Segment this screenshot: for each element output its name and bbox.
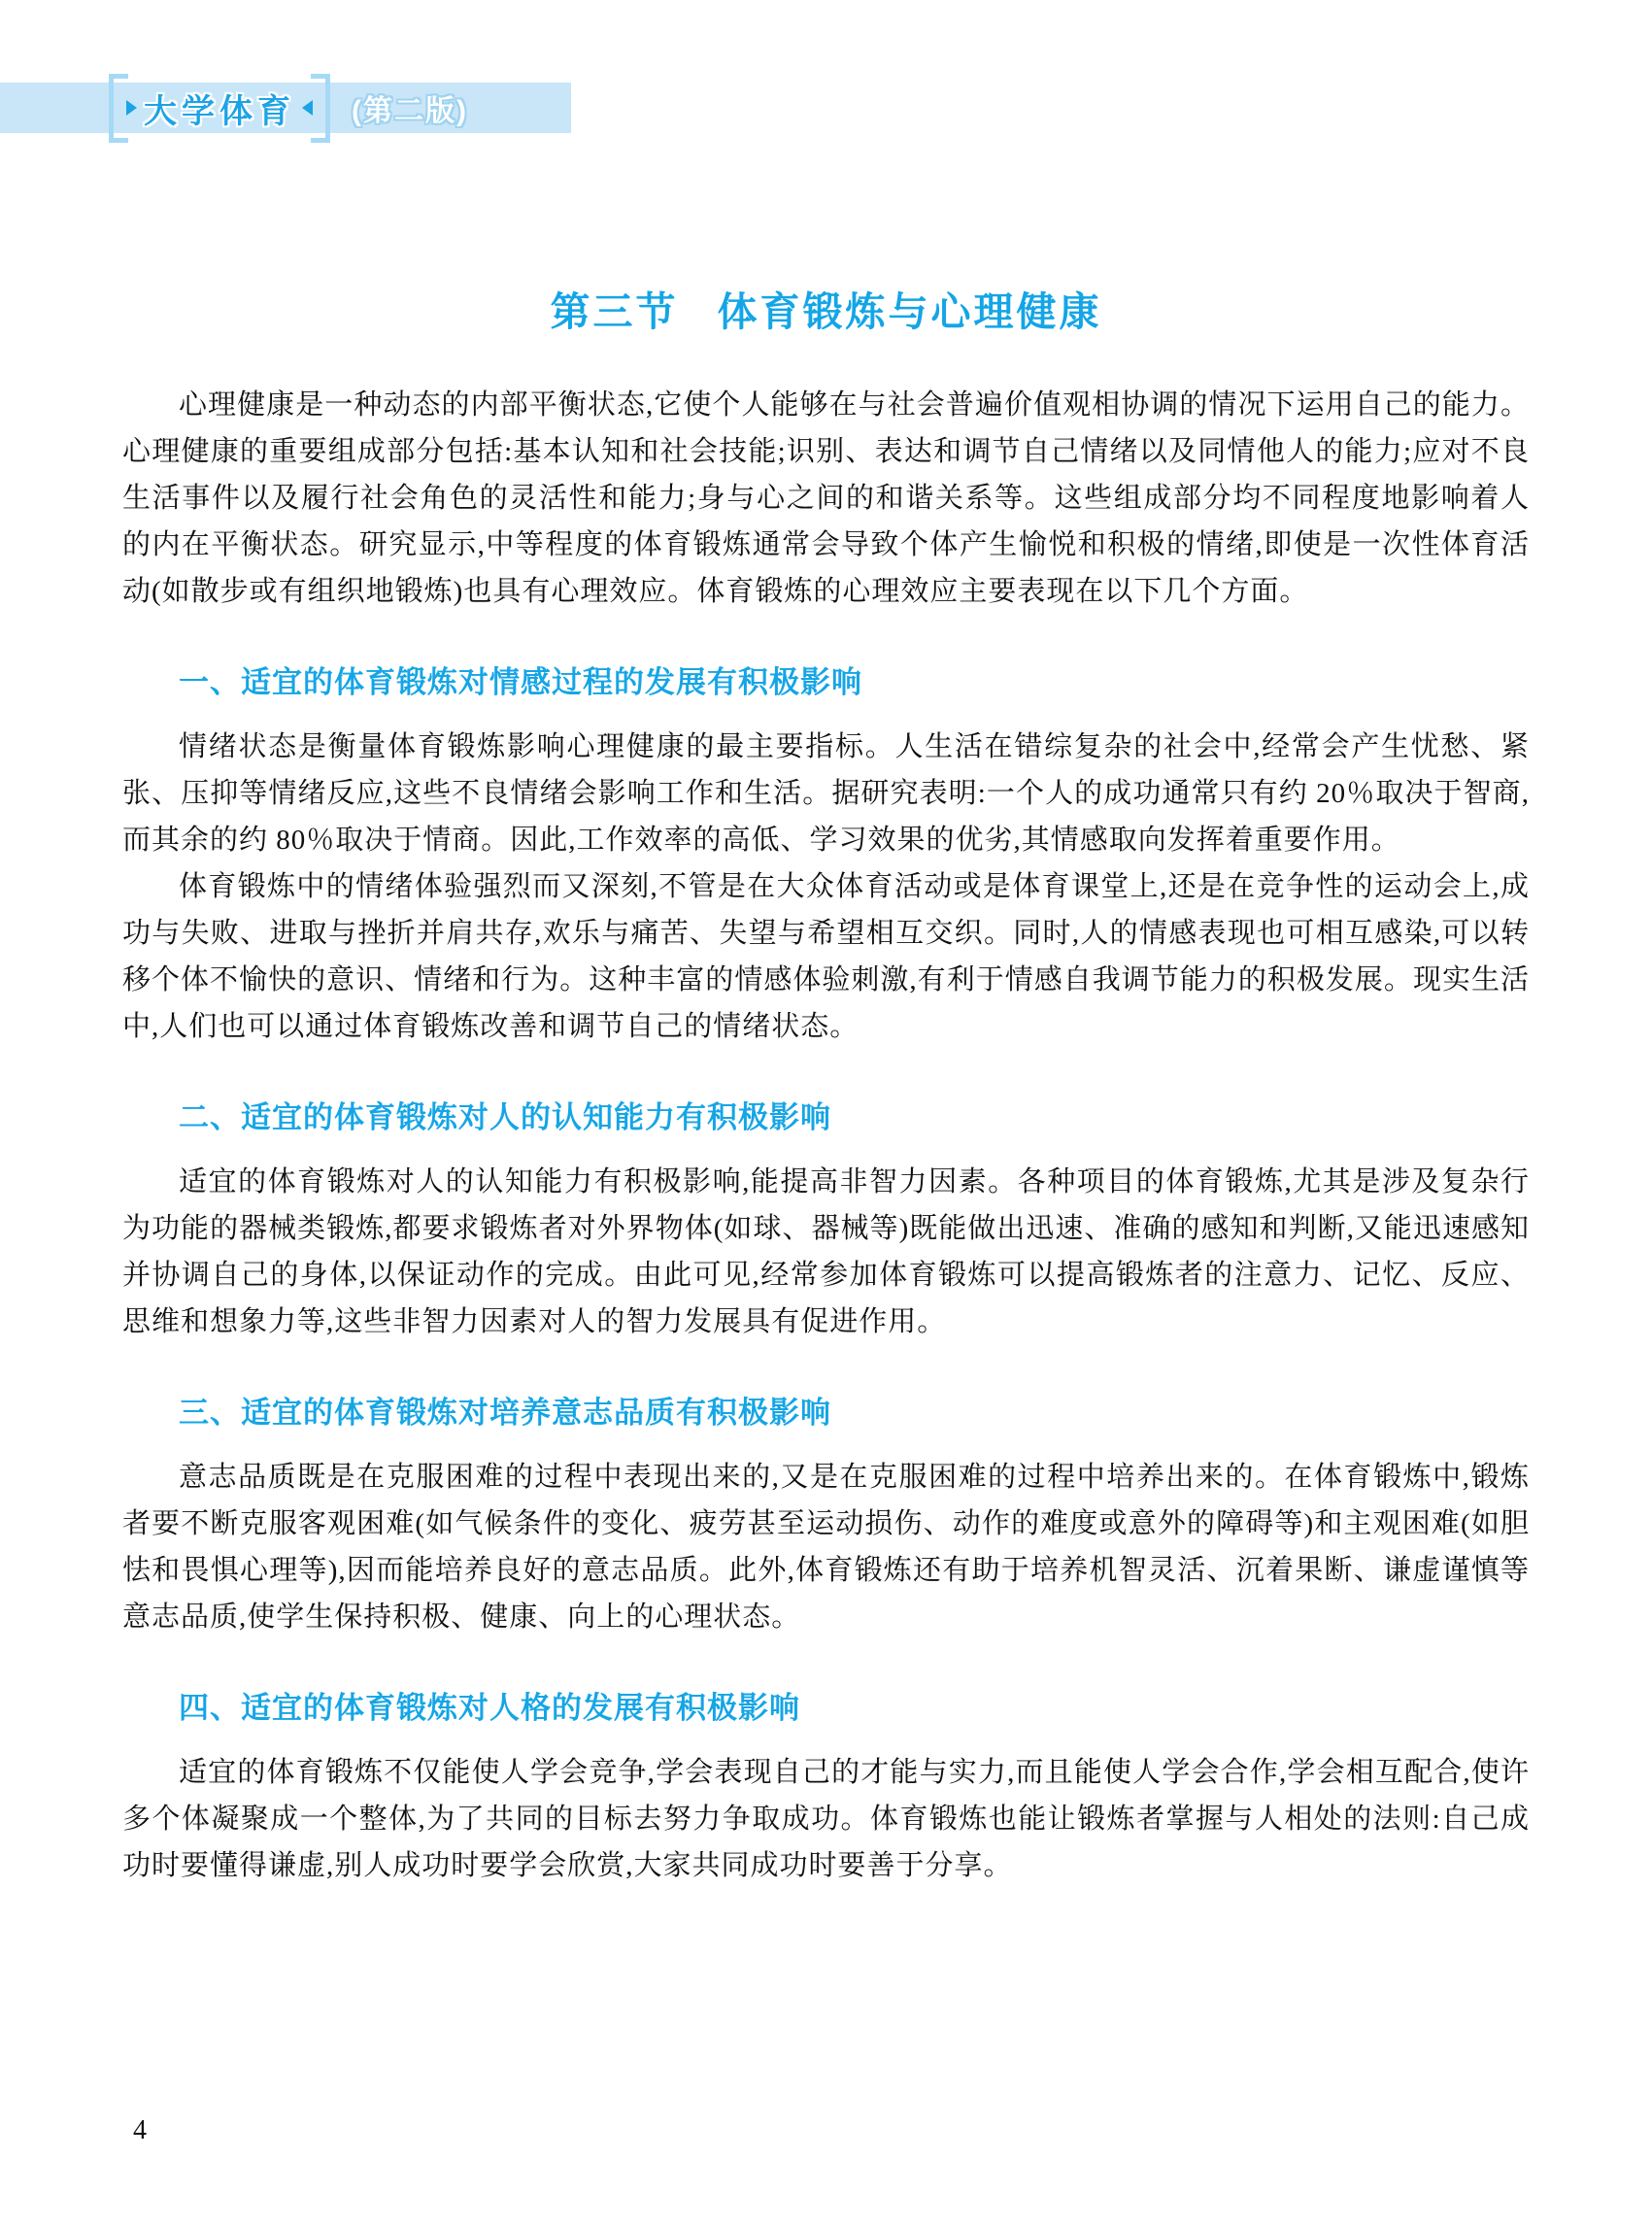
section-heading-4: 四、适宜的体育锻炼对人格的发展有积极影响 <box>179 1687 1530 1730</box>
section-4-paragraph-1: 适宜的体育锻炼不仅能使人学会竞争,学会表现自己的才能与实力,而且能使人学会合作,… <box>122 1749 1530 1889</box>
book-edition-label: (第二版) <box>352 86 468 129</box>
book-header-band: 大学体育 (第二版) <box>0 83 571 133</box>
section-2-paragraph-1: 适宜的体育锻炼对人的认知能力有积极影响,能提高非智力因素。各种项目的体育锻炼,尤… <box>122 1159 1530 1345</box>
page-content: 第三节体育锻炼与心理健康 心理健康是一种动态的内部平衡状态,它使个人能够在与社会… <box>122 133 1530 1889</box>
book-logo: 大学体育 <box>109 83 330 134</box>
section-3-paragraph-1: 意志品质既是在克服困难的过程中表现出来的,又是在克服困难的过程中培养出来的。在体… <box>122 1454 1530 1640</box>
section-number: 第三节 <box>551 289 679 334</box>
section-name: 体育锻炼与心理健康 <box>718 289 1102 334</box>
page-title: 第三节体育锻炼与心理健康 <box>122 285 1530 339</box>
section-heading-3: 三、适宜的体育锻炼对培养意志品质有积极影响 <box>179 1392 1530 1434</box>
section-heading-2: 二、适宜的体育锻炼对人的认知能力有积极影响 <box>179 1096 1530 1139</box>
page-number: 4 <box>133 2115 147 2146</box>
intro-paragraph: 心理健康是一种动态的内部平衡状态,它使个人能够在与社会普遍价值观相协调的情况下运… <box>122 382 1530 615</box>
section-1-paragraph-2: 体育锻炼中的情绪体验强烈而又深刻,不管是在大众体育活动或是体育课堂上,还是在竞争… <box>122 863 1530 1050</box>
book-page: { "colors": { "accent_blue": "#14a5e6", … <box>0 0 1652 2226</box>
section-1-paragraph-1: 情绪状态是衡量体育锻炼影响心理健康的最主要指标。人生活在错综复杂的社会中,经常会… <box>122 724 1530 863</box>
logo-left-arrow-icon <box>126 100 137 116</box>
logo-right-arrow-icon <box>302 100 313 116</box>
section-heading-1: 一、适宜的体育锻炼对情感过程的发展有积极影响 <box>179 661 1530 704</box>
book-logo-title: 大学体育 <box>144 84 295 132</box>
